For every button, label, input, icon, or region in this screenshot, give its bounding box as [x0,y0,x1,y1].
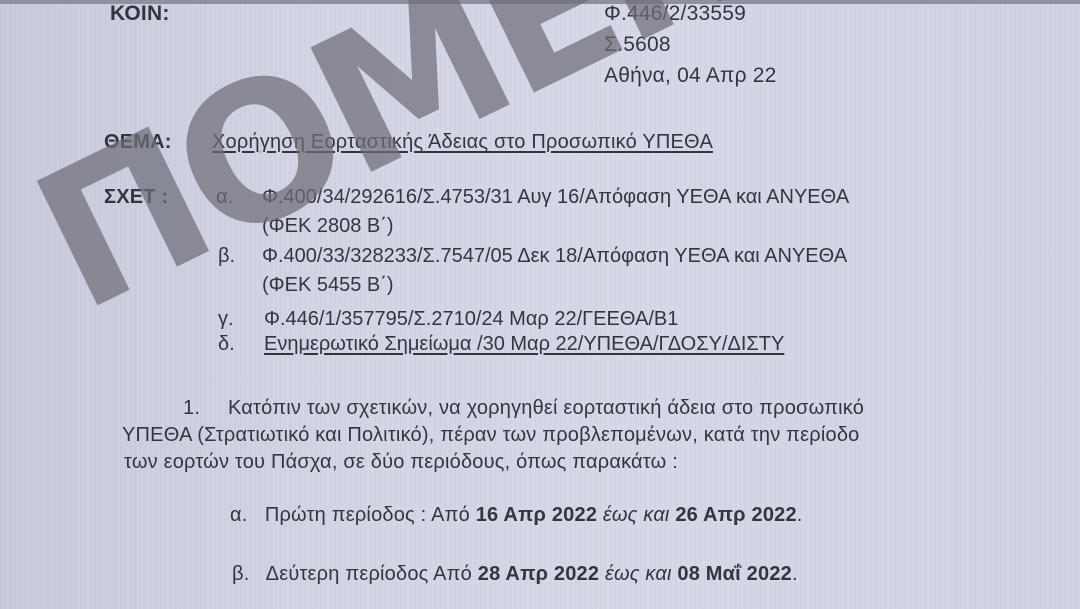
period-until: έως και [605,563,672,585]
related-item-mark: δ. [218,333,235,356]
period-mark: α. [230,504,248,526]
paragraph-line: ΥΠΕΘΑ (Στρατιωτικό και Πολιτικό), πέραν … [122,424,860,447]
period-second: β. Δεύτερη περίοδος Από 28 Απρ 2022 έως … [232,563,798,586]
related-item-line1: Ενημερωτικό Σημείωμα /30 Μαρ 22/ΥΠΕΘΑ/ΓΔ… [264,333,784,356]
period-start: 16 Απρ 2022 [476,504,597,526]
related-label: ΣΧΕΤ : [104,186,168,209]
paragraph-line: των εορτών του Πάσχα, σε δύο περιόδους, … [124,451,678,474]
period-end: 26 Απρ 2022 [675,504,796,526]
koin-label: ΚΟΙΝ: [110,2,170,26]
subject-label: ΘΕΜΑ: [104,131,172,154]
period-start: 28 Απρ 2022 [478,563,599,585]
period-label: Δεύτερη περίοδος Από [266,563,472,585]
period-end: 08 Μαΐ 2022 [677,563,792,585]
related-item-line1: Φ.400/34/292616/Σ.4753/31 Αυγ 16/Απόφαση… [262,186,849,209]
paragraph-number: 1. [183,397,200,420]
period-mark: β. [232,563,249,585]
subject-text: Χορήγηση Εορταστικής Άδειας στο Προσωπικ… [212,131,713,154]
related-item-line1: Φ.446/1/357795/Σ.2710/24 Μαρ 22/ΓΕΕΘΑ/Β1 [264,308,678,331]
place-date: Αθήνα, 04 Απρ 22 [604,64,777,88]
related-item-mark: α. [216,186,233,209]
period-until: έως και [603,504,670,526]
serial-number: Σ.5608 [604,33,671,57]
related-item-mark: γ. [218,308,234,331]
period-label: Πρώτη περίοδος : Από [265,504,470,526]
related-item-line2: (ΦΕΚ 5455 Β΄) [262,274,394,297]
document-page: ΚΟΙΝ: Φ.446/2/33559 Σ.5608 Αθήνα, 04 Απρ… [0,0,1080,609]
reference-number: Φ.446/2/33559 [604,2,746,26]
related-item-line2: (ΦΕΚ 2808 Β΄) [262,215,394,238]
related-item-line1: Φ.400/33/328233/Σ.7547/05 Δεκ 18/Απόφαση… [262,245,847,268]
period-tail: . [797,504,803,526]
period-tail: . [792,563,798,585]
period-first: α. Πρώτη περίοδος : Από 16 Απρ 2022 έως … [230,504,803,527]
related-item-mark: β. [218,245,235,268]
paragraph-line: Κατόπιν των σχετικών, να χορηγηθεί εορτα… [228,397,864,420]
